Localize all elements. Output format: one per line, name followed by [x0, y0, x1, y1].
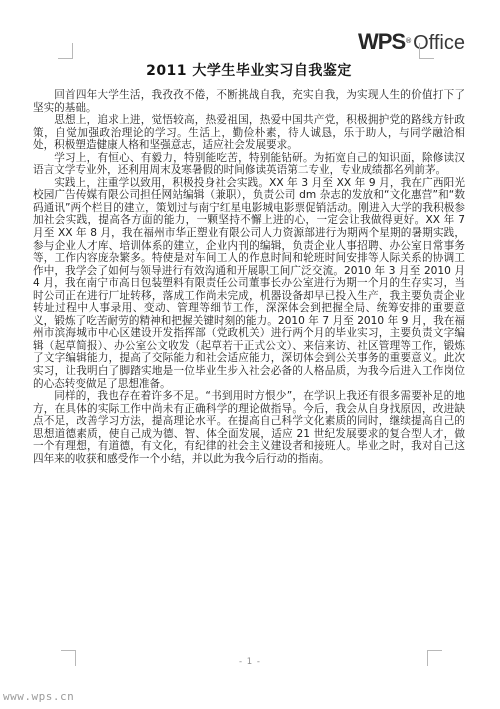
- wps-office-logo: WPS®Office: [358, 30, 465, 56]
- body-paragraph: 同样的，我也存在着许多不足。“书到用时方恨少”，在学识上我还有很多需要补足的地方…: [33, 390, 465, 465]
- document-content: 2011 大学生毕业实习自我鉴定 回首四年大学生活，我孜孜不倦，不断挑战自我，充…: [33, 60, 465, 465]
- document-page: WPS®Office 2011 大学生毕业实习自我鉴定 回首四年大学生活，我孜孜…: [0, 0, 500, 709]
- body-paragraph: 学习上，有恒心、有毅力，特别能吃苦，特别能钻研。为拓宽自己的知识面，除修读汉语言…: [33, 152, 465, 177]
- logo-wps-text: WPS: [358, 29, 405, 54]
- crop-mark-top-left: [58, 43, 73, 59]
- body-paragraph: 实践上，注重学以致用，积极投身社会实践。XX 年 3 月至 XX 年 9 月，我…: [33, 177, 465, 390]
- registered-trademark-icon: ®: [405, 37, 412, 45]
- document-body: 回首四年大学生活，我孜孜不倦，不断挑战自我，充实自我，为实现人生的价值打下了坚实…: [33, 89, 465, 465]
- page-number: - 1 -: [0, 657, 500, 667]
- body-paragraph: 思想上，追求上进，觉悟较高，热爱祖国，热爱中国共产党，积极拥护党的路线方针政策，…: [33, 114, 465, 152]
- body-paragraph: 回首四年大学生活，我孜孜不倦，不断挑战自我，充实自我，为实现人生的价值打下了坚实…: [33, 89, 465, 114]
- wps-url-watermark: www.wps.cn: [3, 690, 74, 703]
- document-title: 2011 大学生毕业实习自我鉴定: [33, 60, 465, 80]
- crop-mark-top-right: [419, 43, 434, 59]
